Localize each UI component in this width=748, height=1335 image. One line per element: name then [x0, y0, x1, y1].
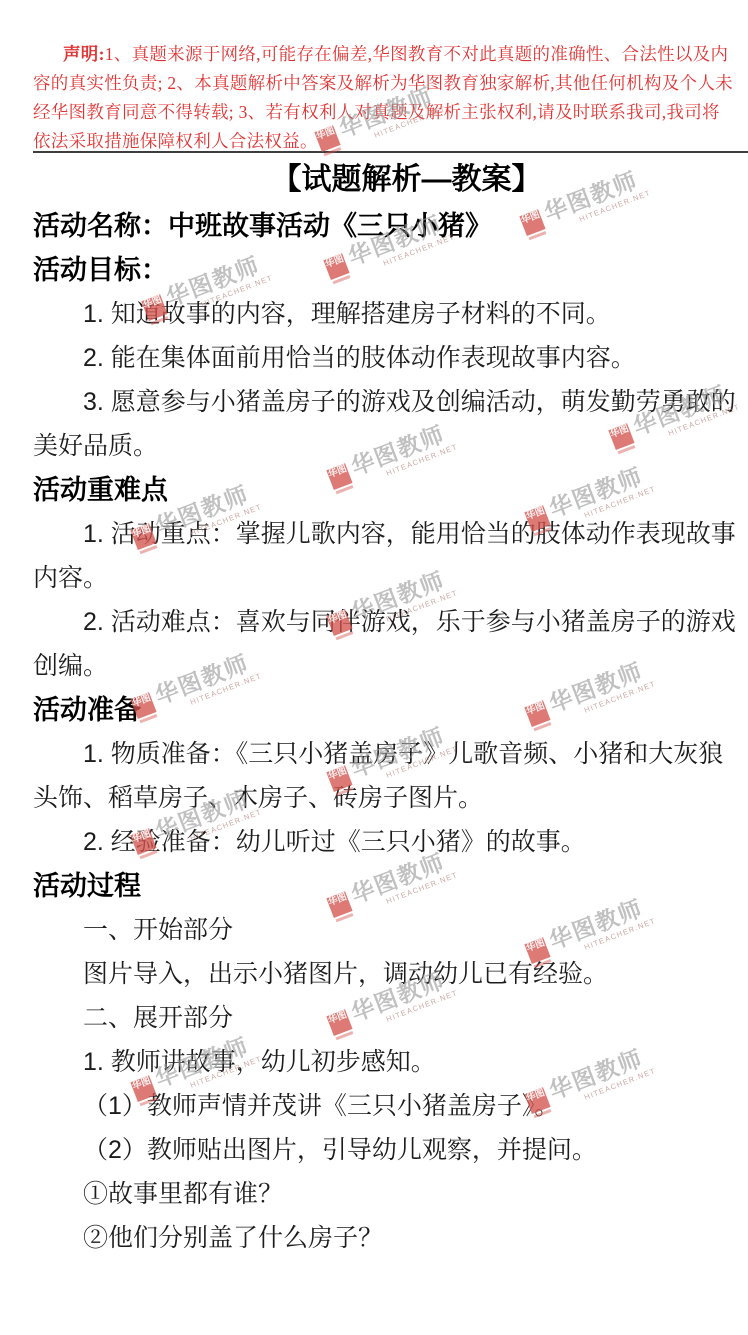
disclaimer-line: 容的真实性负责; 2、本真题解析中答案及解析为华图教育独家解析,其他任何机构及个…: [33, 69, 728, 98]
paragraph-line: （1）教师声情并茂讲《三只小猪盖房子》。: [33, 1084, 725, 1128]
paragraph-line: 一、开始部分: [33, 908, 725, 952]
paragraph-line: 2. 活动难点：喜欢与同伴游戏，乐于参与小猪盖房子的游戏: [33, 600, 725, 644]
section-heading: 活动过程: [33, 864, 725, 908]
paragraph-line: 1. 活动重点：掌握儿歌内容，能用恰当的肢体动作表现故事: [33, 512, 725, 556]
paragraph-line: 头饰、稻草房子、木房子、砖房子图片。: [33, 776, 725, 820]
document-page: 声明:1、真题来源于网络,可能存在偏差,华图教育不对此真题的准确性、合法性以及内…: [0, 0, 748, 1335]
paragraph-line: 2. 经验准备：幼儿听过《三只小猪》的故事。: [33, 820, 725, 864]
document-body: 【试题解析—教案】 活动名称：中班故事活动《三只小猪》活动目标：1. 知道故事的…: [33, 156, 725, 1260]
section-divider-line: [33, 151, 748, 153]
paragraph-line: 1. 知道故事的内容，理解搭建房子材料的不同。: [33, 292, 725, 336]
disclaimer-text: 1、真题来源于网络,可能存在偏差,华图教育不对此真题的准确性、合法性以及内: [105, 44, 729, 64]
paragraph-line: 内容。: [33, 556, 725, 600]
disclaimer-label: 声明:: [63, 44, 105, 64]
paragraph-line: 图片导入，出示小猪图片，调动幼儿已有经验。: [33, 952, 725, 996]
disclaimer-line: 经华图教育同意不得转载; 3、若有权利人对真题及解析主张权利,请及时联系我司,我…: [33, 98, 728, 127]
section-heading: 活动重难点: [33, 468, 725, 512]
paragraph-line: ①故事里都有谁？: [33, 1172, 725, 1216]
paragraph-line: 1. 物质准备：《三只小猪盖房子》儿歌音频、小猪和大灰狼: [33, 732, 725, 776]
paragraph-line: ②他们分别盖了什么房子？: [33, 1216, 725, 1260]
section-heading: 活动准备: [33, 688, 725, 732]
section-heading: 活动目标：: [33, 248, 725, 292]
paragraph-container: 活动名称：中班故事活动《三只小猪》活动目标：1. 知道故事的内容，理解搭建房子材…: [33, 204, 725, 1260]
paragraph-line: 美好品质。: [33, 424, 725, 468]
paragraph-line: 创编。: [33, 644, 725, 688]
section-heading: 活动名称：中班故事活动《三只小猪》: [33, 204, 725, 248]
paragraph-line: 1. 教师讲故事，幼儿初步感知。: [33, 1040, 725, 1084]
page-title: 【试题解析—教案】: [33, 156, 725, 204]
paragraph-line: 2. 能在集体面前用恰当的肢体动作表现故事内容。: [33, 336, 725, 380]
disclaimer: 声明:1、真题来源于网络,可能存在偏差,华图教育不对此真题的准确性、合法性以及内…: [33, 40, 728, 156]
paragraph-line: 二、展开部分: [33, 996, 725, 1040]
paragraph-line: （2）教师贴出图片，引导幼儿观察，并提问。: [33, 1128, 725, 1172]
paragraph-line: 3. 愿意参与小猪盖房子的游戏及创编活动，萌发勤劳勇敢的: [33, 380, 725, 424]
disclaimer-line: 声明:1、真题来源于网络,可能存在偏差,华图教育不对此真题的准确性、合法性以及内: [33, 40, 728, 69]
